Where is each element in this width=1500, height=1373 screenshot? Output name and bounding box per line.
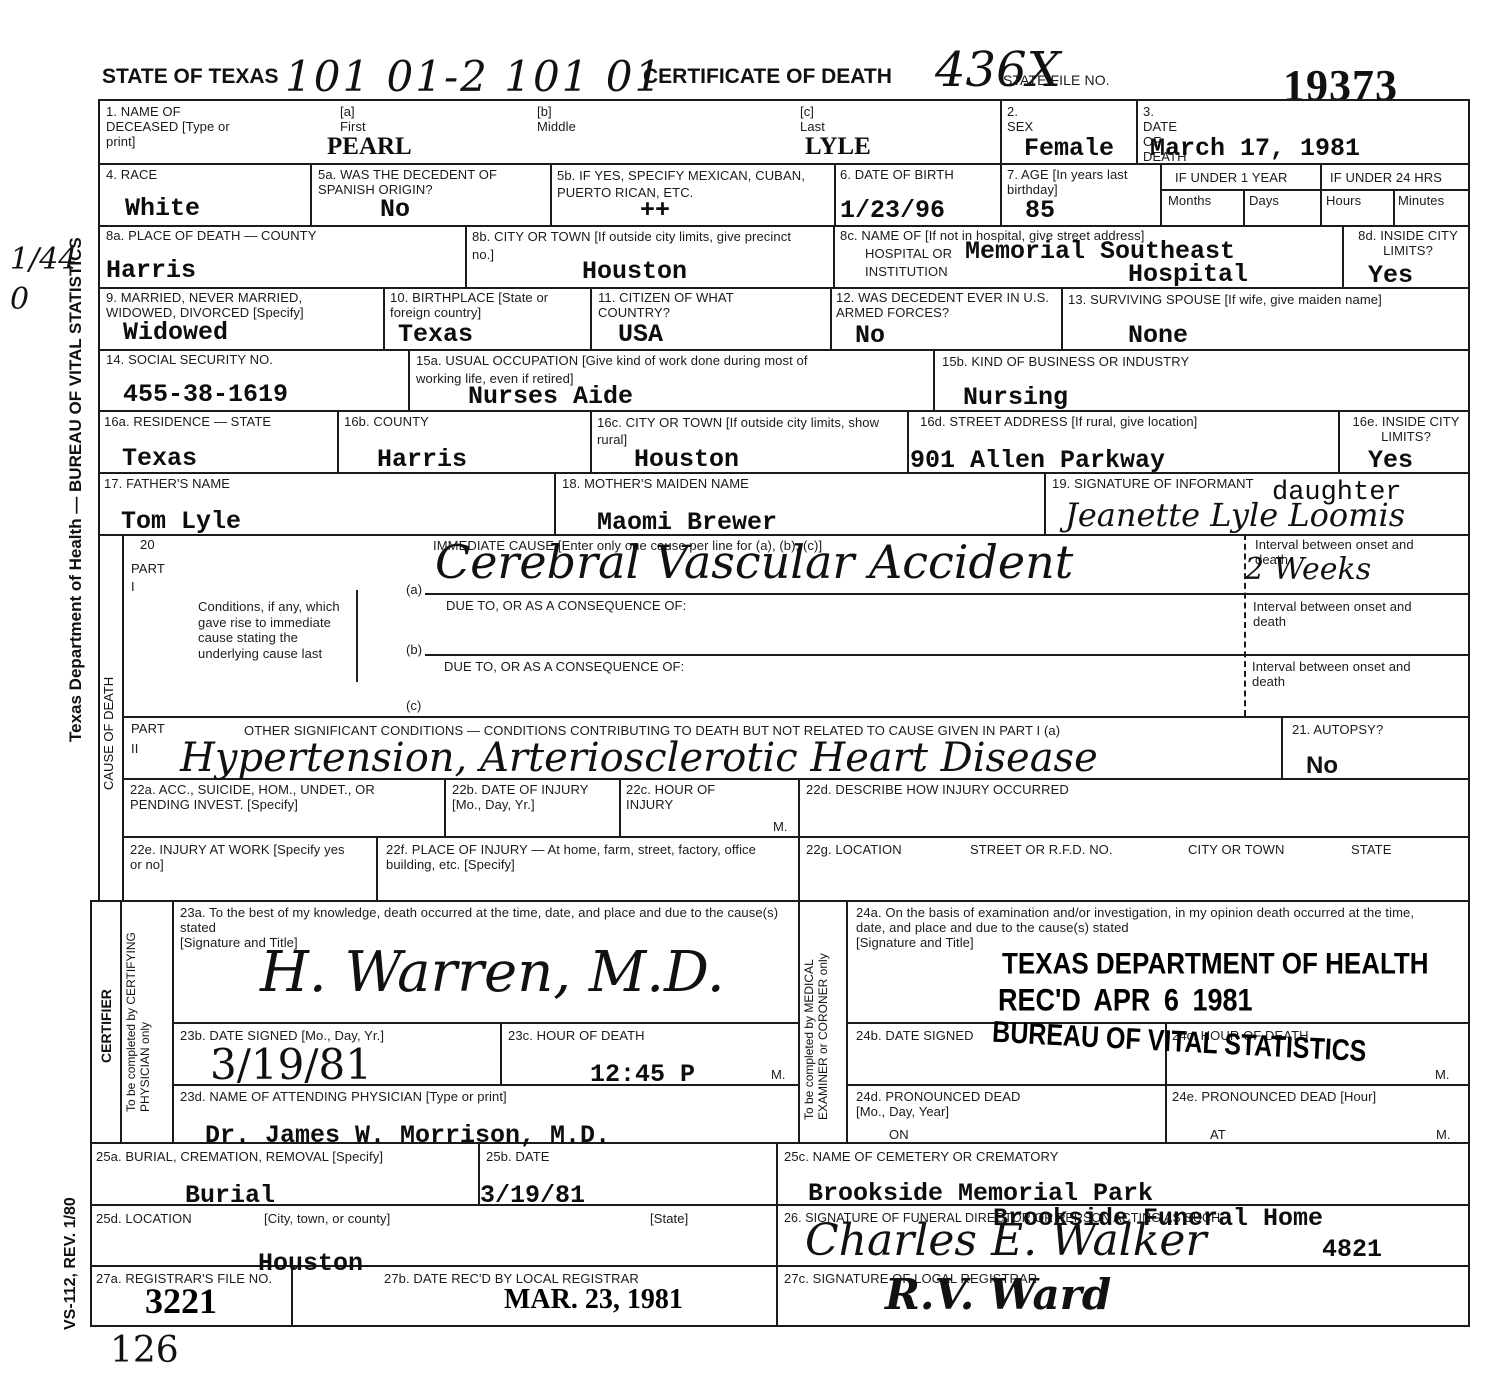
part1-label: PART I — [131, 560, 171, 596]
funeral-director-signature: Charles E. Walker — [805, 1215, 1206, 1266]
interval-label-c: Interval between onset and death — [1252, 659, 1432, 689]
certifying-physician-only-label: To be completed by CERTIFYING PHYSICIAN … — [124, 912, 152, 1112]
conditions-bracket — [352, 590, 358, 682]
hour-of-death-label: 23c. HOUR OF DEATH — [508, 1028, 645, 1043]
margin-handwritten-note: 1/44 0 — [10, 240, 60, 320]
father-label: 17. FATHER'S NAME — [104, 476, 230, 491]
disposition-location-label: 25d. LOCATION — [96, 1211, 192, 1226]
location-state-label: [State] — [650, 1211, 688, 1226]
spanish-origin-label: 5a. WAS THE DECEDENT OF SPANISH ORIGIN? — [318, 167, 546, 197]
injury-at-work-label: 22e. INJURY AT WORK [Specify yes or no] — [130, 842, 350, 872]
residence-county-value: Harris — [377, 447, 467, 473]
injury-describe-label: 22d. DESCRIBE HOW INJURY OCCURRED — [806, 782, 1069, 797]
autopsy-value: No — [1306, 752, 1338, 780]
me-statement: 24a. On the basis of examination and/or … — [856, 905, 1436, 935]
pronounced-suffix: M. — [1436, 1127, 1451, 1142]
mother-value: Maomi Brewer — [597, 510, 777, 536]
conditions-note: Conditions, if any, which gave rise to i… — [198, 599, 348, 661]
bottom-handwritten-note: 126 — [110, 1330, 179, 1371]
physician-name-label: 23d. NAME OF ATTENDING PHYSICIAN [Type o… — [180, 1089, 507, 1104]
name-label: 1. NAME OF DECEASED [Type or print] — [106, 104, 236, 149]
residence-state-value: Texas — [122, 446, 197, 472]
mother-label: 18. MOTHER'S MAIDEN NAME — [562, 476, 749, 491]
certificate-title: CERTIFICATE OF DEATH — [643, 65, 892, 89]
medical-examiner-only-label: To be completed by MEDICAL EXAMINER or C… — [802, 920, 830, 1120]
registrar-file-value: 3221 — [145, 1280, 217, 1322]
disposition-method-value: Burial — [185, 1183, 275, 1209]
ssn-value: 455-38-1619 — [123, 382, 288, 408]
birthplace-value: Texas — [398, 322, 473, 348]
interval-label-b: Interval between onset and death — [1253, 599, 1433, 629]
state-file-label: STATE FILE NO. — [1003, 73, 1110, 88]
physician-name-value: Dr. James W. Morrison, M.D. — [205, 1123, 610, 1149]
sex-label: 2. SEX — [1007, 104, 1033, 134]
race-label: 4. RACE — [106, 167, 157, 182]
certifier-signature: H. Warren, M.D. — [260, 940, 725, 1005]
cemetery-label: 25c. NAME OF CEMETERY OR CREMATORY — [784, 1149, 1059, 1164]
date-of-birth-label: 6. DATE OF BIRTH — [840, 167, 954, 182]
line-b-marker: (b) — [406, 642, 422, 657]
line-a-marker: (a) — [406, 582, 422, 597]
inside-city-16e-label: 16e. INSIDE CITY LIMITS? — [1343, 414, 1469, 444]
informant-signature: Jeanette Lyle Loomis — [1065, 496, 1405, 534]
disposition-date-label: 25b. DATE — [486, 1149, 550, 1164]
inside-city-16e-value: Yes — [1368, 448, 1413, 474]
received-stamp-line2: REC'D APR 6 1981 — [998, 983, 1253, 1019]
last-name-label: [c] Last — [800, 104, 825, 134]
handwritten-codes: 101 01-2 101 01 — [285, 52, 663, 101]
residence-city-label: 16c. CITY OR TOWN [If outside city limit… — [597, 414, 897, 448]
inside-city-8d-label: 8d. INSIDE CITY LIMITS? — [1348, 228, 1468, 258]
street-address-value: 901 Allen Parkway — [910, 448, 1165, 474]
hour-of-death-value: 12:45 P — [590, 1062, 695, 1088]
registrar-date-value: MAR. 23, 1981 — [504, 1284, 683, 1316]
birthplace-label: 10. BIRTHPLACE [State or foreign country… — [390, 290, 585, 320]
armed-forces-label: 12. WAS DECEDENT EVER IN U.S. ARMED FORC… — [836, 290, 1058, 320]
street-address-label: 16d. STREET ADDRESS [If rural, give loca… — [920, 414, 1197, 429]
months-label: Months — [1168, 193, 1211, 208]
injury-date-label: 22b. DATE OF INJURY [Mo., Day, Yr.] — [452, 782, 617, 812]
sex-value: Female — [1024, 136, 1114, 162]
spanish-origin-value: No — [380, 197, 410, 223]
industry-label: 15b. KIND OF BUSINESS OR INDUSTRY — [942, 354, 1189, 369]
line-c-marker: (c) — [406, 698, 421, 713]
item-20-label: 20 — [140, 537, 155, 552]
first-name-value: PEARL — [327, 134, 412, 160]
surviving-spouse-label: 13. SURVIVING SPOUSE [If wife, give maid… — [1068, 292, 1382, 307]
autopsy-label: 21. AUTOPSY? — [1292, 722, 1383, 737]
surviving-spouse-value: None — [1128, 323, 1188, 349]
hospital-value-line2: Hospital — [1128, 262, 1248, 288]
other-conditions-value: Hypertension, Arteriosclerotic Heart Dis… — [180, 735, 1098, 781]
hour-of-death-suffix: M. — [771, 1067, 786, 1082]
date-signed-value: 3/19/81 — [210, 1040, 372, 1089]
state-file-number: 19373 — [1283, 60, 1398, 111]
state-label: STATE OF TEXAS — [102, 65, 279, 89]
pronounced-date-label: 24d. PRONOUNCED DEAD [Mo., Day, Year] — [856, 1089, 1046, 1119]
injury-state-label: STATE — [1351, 842, 1391, 857]
disposition-date-value: 3/19/81 — [480, 1183, 585, 1209]
race-value: White — [125, 196, 200, 222]
injury-city-label: CITY OR TOWN — [1188, 842, 1285, 857]
marital-label: 9. MARRIED, NEVER MARRIED, WIDOWED, DIVO… — [106, 290, 376, 320]
bureau-vertical-title: Texas Department of Health — BUREAU OF V… — [66, 237, 86, 742]
spanish-specify-label: 5b. IF YES, SPECIFY MEXICAN, CUBAN, PUER… — [557, 167, 827, 201]
handwritten-number: 436X — [935, 42, 1061, 98]
armed-forces-value: No — [855, 323, 885, 349]
hospital-label-line2: HOSPITAL OR — [865, 246, 952, 261]
ssn-label: 14. SOCIAL SECURITY NO. — [106, 352, 273, 367]
date-of-death-value: March 17, 1981 — [1150, 136, 1360, 162]
location-city-label: [City, town, or county] — [264, 1211, 390, 1226]
hours-label: Hours — [1326, 193, 1361, 208]
me-signature-label: [Signature and Title] — [856, 935, 974, 950]
minutes-label: Minutes — [1398, 193, 1444, 208]
injury-location-label: 22g. LOCATION — [806, 842, 902, 857]
registrar-signature: R.V. Ward — [885, 1270, 1111, 1319]
certifier-section-label: CERTIFIER — [98, 989, 114, 1063]
me-hour-suffix: M. — [1435, 1067, 1450, 1082]
place-county-value: Harris — [106, 258, 196, 284]
middle-name-label: [b] Middle — [537, 104, 576, 134]
marital-value: Widowed — [123, 320, 228, 346]
under-24-hrs-label: IF UNDER 24 HRS — [1330, 170, 1442, 185]
age-label: 7. AGE [In years last birthday] — [1007, 167, 1147, 197]
under-1-year-label: IF UNDER 1 YEAR — [1175, 170, 1288, 185]
part2-label: PART II — [131, 719, 171, 759]
pronounced-on-label: ON — [889, 1127, 909, 1142]
disposition-location-value: Houston — [258, 1251, 363, 1277]
form-code: VS-112, REV. 1/80 — [62, 1197, 80, 1330]
citizen-label: 11. CITIZEN OF WHAT COUNTRY? — [598, 290, 788, 320]
interval-a-value: 2 Weeks — [1245, 552, 1371, 587]
date-of-birth-value: 1/23/96 — [840, 198, 945, 224]
received-stamp-line1: TEXAS DEPARTMENT OF HEALTH — [1002, 946, 1429, 982]
cause-of-death-section-label: CAUSE OF DEATH — [101, 677, 116, 790]
occupation-value: Nurses Aide — [468, 384, 633, 410]
residence-county-label: 16b. COUNTY — [344, 414, 429, 429]
first-name-label: [a] First — [340, 104, 366, 134]
days-label: Days — [1249, 193, 1279, 208]
certifier-statement: 23a. To the best of my knowledge, death … — [180, 905, 780, 935]
place-city-value: Houston — [582, 259, 687, 285]
injury-street-label: STREET OR R.F.D. NO. — [970, 842, 1113, 857]
due-to-label-2: DUE TO, OR AS A CONSEQUENCE OF: — [444, 659, 684, 674]
residence-city-value: Houston — [634, 447, 739, 473]
residence-state-label: 16a. RESIDENCE — STATE — [104, 414, 271, 429]
hospital-label-line3: INSTITUTION — [865, 264, 948, 279]
me-date-signed-label: 24b. DATE SIGNED — [856, 1028, 974, 1043]
injury-hour-suffix: M. — [773, 819, 788, 834]
place-county-label: 8a. PLACE OF DEATH — COUNTY — [106, 228, 317, 243]
informant-label: 19. SIGNATURE OF INFORMANT — [1052, 476, 1254, 491]
cause-line-a: Cerebral Vascular Accident — [435, 535, 1073, 589]
injury-hour-label: 22c. HOUR OF INJURY — [626, 782, 746, 812]
funeral-number-value: 4821 — [1322, 1237, 1382, 1263]
due-to-label-1: DUE TO, OR AS A CONSEQUENCE OF: — [446, 598, 686, 613]
age-value: 85 — [1025, 198, 1055, 224]
injury-manner-label: 22a. ACC., SUICIDE, HOM., UNDET., OR PEN… — [130, 782, 430, 812]
father-value: Tom Lyle — [121, 509, 241, 535]
pronounced-hour-label: 24e. PRONOUNCED DEAD [Hour] — [1172, 1089, 1376, 1104]
inside-city-8d-value: Yes — [1368, 263, 1413, 289]
citizen-value: USA — [618, 322, 663, 348]
last-name-value: LYLE — [805, 134, 871, 160]
injury-place-label: 22f. PLACE OF INJURY — At home, farm, st… — [386, 842, 791, 872]
industry-value: Nursing — [963, 385, 1068, 411]
disposition-method-label: 25a. BURIAL, CREMATION, REMOVAL [Specify… — [96, 1149, 383, 1164]
spanish-specify-value: ++ — [640, 198, 670, 224]
pronounced-at-label: AT — [1210, 1127, 1226, 1142]
